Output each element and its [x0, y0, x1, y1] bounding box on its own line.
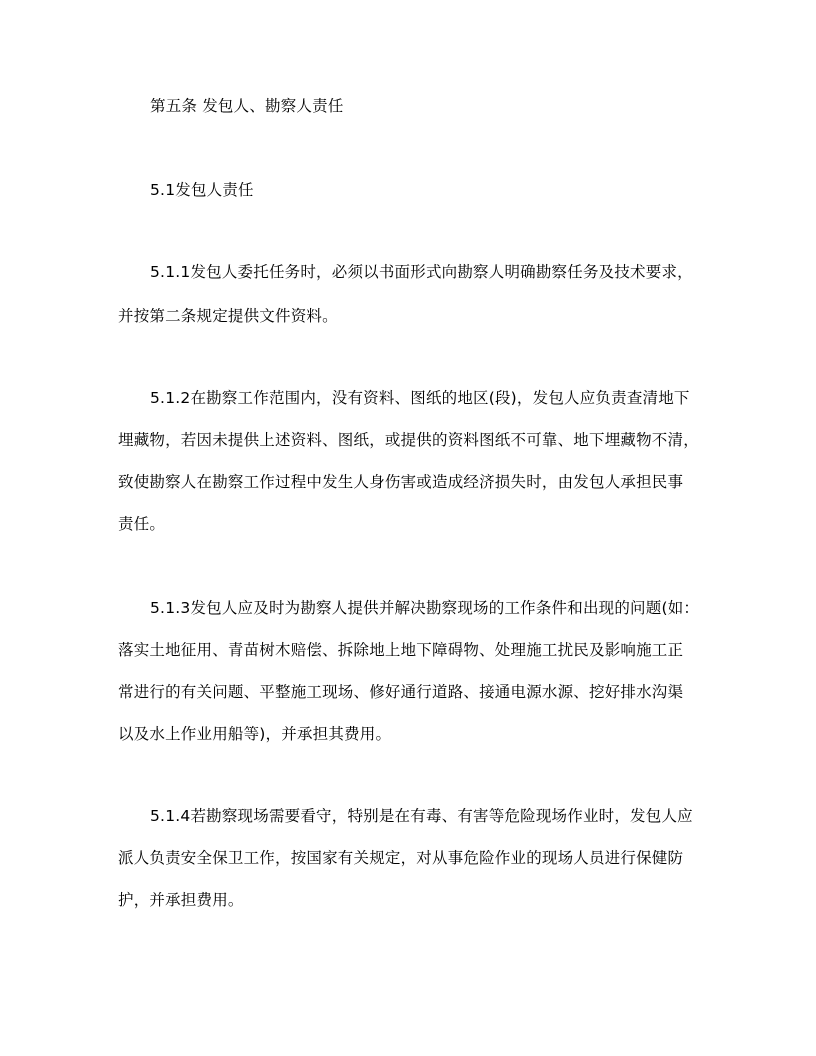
- clause-5-1-2-line-1: 5.1.2在勘察工作范围内，没有资料、图纸的地区(段)，发包人应负责查清地下: [150, 388, 690, 408]
- clause-5-1-2-line-2: 埋藏物，若因未提供上述资料、图纸，或提供的资料图纸不可靠、地下埋藏物不清，: [118, 430, 699, 450]
- document-page: 第五条 发包人、勘察人责任 5.1发包人责任 5.1.1发包人委托任务时，必须以…: [0, 0, 816, 1056]
- clause-5-1-3-line-2: 落实土地征用、青苗树木赔偿、拆除地上地下障碍物、处理施工扰民及影响施工正: [118, 640, 683, 660]
- clause-5-1-1-line-1: 5.1.1发包人委托任务时，必须以书面形式向勘察人明确勘察任务及技术要求，: [150, 262, 693, 282]
- clause-5-1-2-line-3: 致使勘察人在勘察工作过程中发生人身伤害或造成经济损失时，由发包人承担民事: [118, 472, 683, 492]
- clause-5-1-1-line-2: 并按第二条规定提供文件资料。: [118, 306, 338, 326]
- clause-5-1-4-line-2: 派人负责安全保卫工作，按国家有关规定，对从事危险作业的现场人员进行保健防: [118, 848, 683, 868]
- section-title: 5.1发包人责任: [150, 180, 254, 200]
- clause-5-1-3-line-3: 常进行的有关问题、平整施工现场、修好通行道路、接通电源水源、挖好排水沟渠: [118, 682, 683, 702]
- clause-5-1-2-line-4: 责任。: [118, 514, 165, 534]
- clause-5-1-4-line-1: 5.1.4若勘察现场需要看守，特别是在有毒、有害等危险现场作业时，发包人应: [150, 806, 693, 826]
- clause-5-1-3-line-4: 以及水上作业用船等)，并承担其费用。: [118, 724, 391, 744]
- article-title: 第五条 发包人、勘察人责任: [150, 96, 344, 116]
- clause-5-1-4-line-3: 护，并承担费用。: [118, 890, 244, 910]
- clause-5-1-3-line-1: 5.1.3发包人应及时为勘察人提供并解决勘察现场的工作条件和出现的问题(如：: [150, 598, 699, 618]
